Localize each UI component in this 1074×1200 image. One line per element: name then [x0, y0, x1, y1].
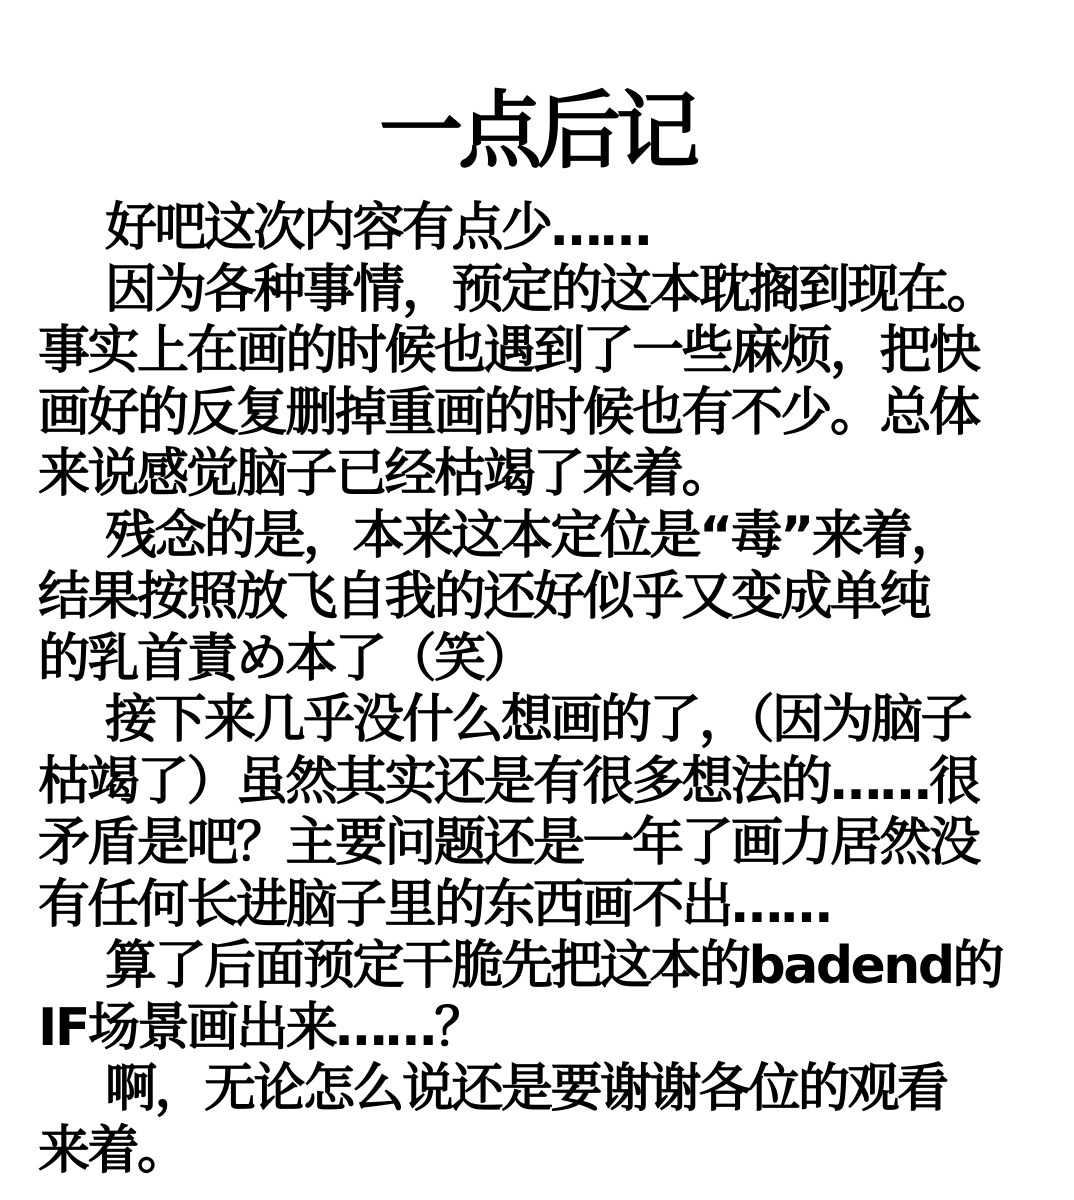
text-line: 结果按照放飞自我的还好似乎又变成单纯: [38, 567, 1054, 629]
text-line: 来着。: [38, 1121, 1054, 1183]
text-line: 的乳首責め本了（笑）: [38, 629, 1054, 691]
text-line: 画好的反复删掉重画的时候也有不少。总体: [38, 383, 1054, 445]
text-line: 矛盾是吧？主要问题还是一年了画力居然没: [38, 813, 1054, 875]
text-line: 啊，无论怎么说还是要谢谢各位的观看: [38, 1059, 1054, 1121]
text-line: 因为各种事情，预定的这本耽搁到现在。: [38, 260, 1054, 322]
text-line: 枯竭了）虽然其实还是有很多想法的……很: [38, 752, 1054, 814]
text-line: 有任何长进脑子里的东西画不出……: [38, 875, 1054, 937]
text-line: 好吧这次内容有点少……: [38, 198, 1054, 260]
text-line: 残念的是，本来这本定位是“毒”来着，: [38, 506, 1054, 568]
text-line: 来说感觉脑子已经枯竭了来着。: [38, 444, 1054, 506]
text-line: IF场景画出来……？: [38, 998, 1054, 1060]
page-title: 一点后记: [0, 0, 1074, 186]
afterword-page: 一点后记 好吧这次内容有点少……因为各种事情，预定的这本耽搁到现在。事实上在画的…: [0, 0, 1074, 1200]
text-line: 算了后面预定干脆先把这本的badend的: [38, 936, 1054, 998]
text-line: 事实上在画的时候也遇到了一些麻烦，把快: [38, 321, 1054, 383]
text-line: 接下来几乎没什么想画的了，（因为脑子: [38, 690, 1054, 752]
afterword-body: 好吧这次内容有点少……因为各种事情，预定的这本耽搁到现在。事实上在画的时候也遇到…: [0, 186, 1074, 1182]
